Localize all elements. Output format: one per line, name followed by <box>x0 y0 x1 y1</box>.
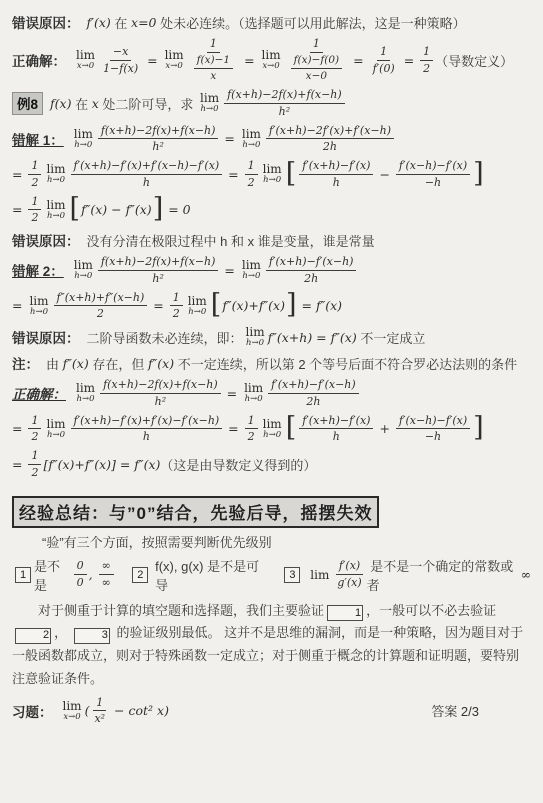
numbered-box: 2 <box>15 628 51 644</box>
fraction: 1x² <box>91 696 108 727</box>
correct-solution-1: 正确解：limx→0−x1−f(x) = limx→01f(x)−1x = li… <box>12 37 531 83</box>
cjk-text: 没有分清在极限过程中 h 和 x 谁是变量，谁是常量 <box>87 231 375 250</box>
numerator: f″(x+h)+f″(x−h) <box>57 291 145 305</box>
fraction: f′(x+h)−f′(x)+f′(x−h)−f′(x)h <box>71 159 223 190</box>
math-text: [f″(x)+f″(x)] = f″(x) <box>43 457 160 472</box>
big-bracket: [ <box>286 417 297 440</box>
denominator: x² <box>94 712 105 726</box>
numerator: f(x)−1 <box>197 54 230 67</box>
big-bracket: ] <box>286 294 297 317</box>
numerator: f′(x+h)−f′(x) <box>302 414 370 428</box>
fraction: f′(x)g′(x) <box>334 559 364 590</box>
limit-operator: limh→0 <box>29 295 48 317</box>
numerator: ∞ <box>102 559 111 573</box>
numerator: 1 <box>423 45 430 59</box>
numerator: f′(x+h)−f′(x)+f′(x)−f′(x−h) <box>74 414 220 428</box>
denominator: 2 <box>248 430 255 444</box>
denominator: h² <box>155 395 167 409</box>
fraction: ∞∞ <box>99 559 114 590</box>
cjk-text: 在 <box>71 94 91 113</box>
fraction: f(x+h)−2f(x)+f(x−h)h² <box>224 88 345 119</box>
denominator: h <box>333 430 340 444</box>
cjk-text: 经验总结：与”0”结合，先验后导，摇摆失效 <box>12 496 379 528</box>
denominator: 2 <box>31 430 38 444</box>
error-reason-2: 错误原因：没有分清在极限过程中 h 和 x 谁是变量，谁是常量 <box>12 230 531 250</box>
denominator: 2h <box>306 395 320 409</box>
cjk-text: （导数定义） <box>435 51 513 70</box>
cjk-text: 由 <box>46 354 63 373</box>
correct-solution-2-step2: = 12limh→0f′(x+h)−f′(x)+f′(x)−f′(x−h)h =… <box>12 414 531 445</box>
denominator: 2 <box>31 466 38 480</box>
fraction: f′(x−h)−f′(x)−h <box>396 159 470 190</box>
math-text: = <box>12 298 26 313</box>
denominator: 1−f(x) <box>103 62 138 76</box>
math-text: = <box>143 53 161 68</box>
cjk-text: 处未必连续。（选择题可以用此解法，这是一种策略） <box>157 13 466 32</box>
limit-operator: limx→0 <box>63 700 82 722</box>
error-reason-3: 错误原因：二阶导函数未必连续，即：limh→0f″(x+h) = f″(x) 不… <box>12 326 531 348</box>
fraction: 12 <box>28 414 41 445</box>
math-text: ( <box>85 703 90 718</box>
wrong-solution-1: 错解 1：limh→0f(x+h)−2f(x)+f(x−h)h² = limh→… <box>12 124 531 155</box>
fraction: f″(x+h)+f″(x−h)2 <box>54 291 148 322</box>
big-bracket: [ <box>286 163 297 186</box>
denominator: −h <box>425 430 441 444</box>
cjk-text: 处二阶可导，求 <box>99 94 197 113</box>
fraction: f(x+h)−2f(x)+f(x−h)h² <box>98 124 219 155</box>
numerator: 1 <box>313 37 320 51</box>
denominator: ∞ <box>102 576 111 590</box>
denominator: 2 <box>248 176 255 190</box>
math-text: f″(x) − f″(x) <box>81 202 152 217</box>
denominator: 2h <box>323 140 337 154</box>
fraction: f′(x+h)−f′(x−h)2h <box>268 378 359 409</box>
numerator: f′(x+h)−f′(x) <box>302 159 370 173</box>
line-label: 注： <box>12 353 39 373</box>
numbered-box: 3 <box>284 567 300 583</box>
limit-operator: limh→0 <box>263 163 282 185</box>
denominator: −h <box>425 176 441 190</box>
summary-heading: 经验总结：与”0”结合，先验后导，摇摆失效 <box>12 496 531 528</box>
math-text: ∞ <box>521 567 531 582</box>
numerator: f′(x+h)−f′(x−h) <box>269 255 354 269</box>
fraction: f(x+h)−2f(x)+f(x−h)h² <box>100 378 221 409</box>
math-text: = <box>349 53 367 68</box>
numerator: f(x+h)−2f(x)+f(x−h) <box>101 124 216 138</box>
denominator: f′(0) <box>373 62 395 76</box>
line-label: 错误原因： <box>12 230 80 250</box>
math-text: = <box>400 53 418 68</box>
limit-operator: limh→0 <box>200 92 219 114</box>
numerator: 1 <box>173 291 180 305</box>
numerator: 0 <box>77 559 84 573</box>
fraction: f(x+h)−2f(x)+f(x−h)h² <box>98 255 219 286</box>
math-text: f″(x)+f″(x) <box>222 298 285 313</box>
big-bracket: [ <box>211 294 222 317</box>
denominator: x <box>210 70 216 83</box>
fraction: 00 <box>74 559 87 590</box>
denominator: 2 <box>423 62 430 76</box>
numerator: 1 <box>31 449 38 463</box>
document-page: 错误原因：f′(x) 在 x=0 处未必连续。（选择题可以用此解法，这是一种策略… <box>0 0 543 735</box>
numerator: 1 <box>31 195 38 209</box>
example-8: 例8f(x) 在 x 处二阶可导，求 limh→0f(x+h)−2f(x)+f(… <box>12 88 531 119</box>
math-text: x=0 <box>131 15 156 30</box>
fraction: 12 <box>170 291 183 322</box>
big-bracket: ] <box>153 198 164 221</box>
math-text: f′(x) <box>87 15 111 30</box>
fraction: 12 <box>28 195 41 226</box>
denominator: h <box>333 176 340 190</box>
fraction: f′(x+h)−f′(x−h)2h <box>266 255 357 286</box>
denominator: 2h <box>304 272 318 286</box>
cjk-text: 在 <box>111 13 131 32</box>
cjk-text: f(x), g(x) 是不是可导 <box>155 556 268 594</box>
correct-solution-2-step3: = 12[f″(x)+f″(x)] = f″(x)（这是由导数定义得到的） <box>12 449 531 480</box>
numerator: f(x+h)−2f(x)+f(x−h) <box>103 378 218 392</box>
cjk-text: 是不是 <box>34 556 72 594</box>
line-label: 例8 <box>12 92 43 115</box>
fraction: f′(x+h)−2f′(x)+f′(x−h)2h <box>266 124 394 155</box>
limit-operator: limh→0 <box>46 163 65 185</box>
denominator: 2 <box>173 307 180 321</box>
math-text: = <box>224 167 242 182</box>
numerator: f′(x−h)−f′(x) <box>399 414 467 428</box>
cjk-text: 二阶导函数未必连续，即： <box>87 328 243 347</box>
numerator: 1 <box>210 37 217 51</box>
math-text: = <box>12 167 26 182</box>
spacer <box>303 574 307 575</box>
fraction: 12 <box>28 159 41 190</box>
fraction: f′(x+h)−f′(x)h <box>299 159 373 190</box>
fraction: 12 <box>420 45 433 76</box>
big-bracket: ] <box>473 163 484 186</box>
math-text: − cot² x) <box>110 703 169 718</box>
math-text: = <box>240 53 258 68</box>
numerator: f′(x+h)−2f′(x)+f′(x−h) <box>269 124 391 138</box>
cjk-text: （这是由导数定义得到的） <box>160 455 316 474</box>
denominator: h <box>143 430 150 444</box>
denominator: g′(x) <box>337 576 361 590</box>
numerator: f′(x) <box>339 559 360 573</box>
line-label: 正确解： <box>12 50 66 70</box>
cjk-text: ，一般可以不必去验证 <box>366 603 496 618</box>
denominator: h <box>143 176 150 190</box>
check-items: 1是不是00, ∞∞2f(x), g(x) 是不是可导3limf′(x)g′(x… <box>12 556 531 594</box>
line-label: 错解 2： <box>12 260 64 280</box>
numerator: f(x+h)−2f(x)+f(x−h) <box>227 88 342 102</box>
numerator: f′(x+h)−f′(x−h) <box>271 378 356 392</box>
cjk-text: 对于侧重于计算的填空题和选择题，我们主要验证 <box>38 603 324 618</box>
numerator: 1 <box>248 159 255 173</box>
denominator: 0 <box>77 576 84 590</box>
numerator: f′(x+h)−f′(x)+f′(x−h)−f′(x) <box>74 159 220 173</box>
math-text: − <box>375 167 393 182</box>
fraction: 12 <box>245 159 258 190</box>
limit-operator: limx→0 <box>165 49 184 71</box>
math-text: f″(x) <box>63 356 89 371</box>
denominator: h² <box>152 272 164 286</box>
fraction: f(x)−f(0)x−0 <box>291 54 343 83</box>
numerator: f′(x−h)−f′(x) <box>399 159 467 173</box>
wrong-solution-1-step2: = 12limh→0f′(x+h)−f′(x)+f′(x−h)−f′(x)h =… <box>12 159 531 190</box>
fraction: 1f(x)−1x <box>189 37 238 83</box>
math-text: = <box>223 386 241 401</box>
cjk-text: 不一定成立 <box>357 328 426 347</box>
spacer <box>116 574 130 575</box>
numerator: f(x)−f(0) <box>294 54 340 67</box>
math-text: = 0 <box>164 202 190 217</box>
numerator: 1 <box>248 414 255 428</box>
line-label: 错误原因： <box>12 12 80 32</box>
limit-operator: limx→0 <box>76 49 95 71</box>
wrong-solution-2-step2: = limh→0f″(x+h)+f″(x−h)2 = 12limh→0[f″(x… <box>12 291 531 322</box>
fraction: 1f′(0) <box>370 45 398 76</box>
fraction: 12 <box>245 414 258 445</box>
exercise-line: 习题：limx→0(1x² − cot² x)答案 2/3 <box>12 696 531 727</box>
cjk-text: 是不是一个确定的常数或者 <box>367 556 521 594</box>
math-text: = <box>220 131 238 146</box>
numbered-box: 2 <box>132 567 148 583</box>
denominator: h² <box>279 105 291 119</box>
denominator: x−0 <box>306 70 327 83</box>
correct-solution-2: 正确解：limh→0f(x+h)−2f(x)+f(x−h)h² = limh→0… <box>12 378 531 409</box>
limit-operator: limh→0 <box>244 382 263 404</box>
math-text: = <box>12 457 26 472</box>
denominator: h² <box>152 140 164 154</box>
spacer <box>268 574 282 575</box>
big-bracket: ] <box>473 417 484 440</box>
numbered-box: 1 <box>327 605 363 621</box>
line-label: 习题： <box>12 701 53 721</box>
math-text: = <box>12 202 26 217</box>
fraction: f(x)−1x <box>194 54 233 83</box>
limit-operator: limh→0 <box>242 259 261 281</box>
limit-operator: limh→0 <box>46 418 65 440</box>
math-text: f(x) <box>50 96 71 111</box>
strategy-paragraph: 对于侧重于计算的填空题和选择题，我们主要验证1，一般可以不必去验证2， 3 的验… <box>12 600 531 691</box>
math-text: x <box>92 96 99 111</box>
math-text: = f″(x) <box>298 298 343 313</box>
numerator: −x <box>113 45 128 59</box>
cjk-text: 存在，但 <box>89 354 148 373</box>
numbered-box: 1 <box>15 567 31 583</box>
math-text: , <box>89 567 97 582</box>
limit-operator: lim <box>310 569 329 581</box>
denominator: 2 <box>31 211 38 225</box>
numerator: 1 <box>31 414 38 428</box>
note-line: 注：由 f″(x) 存在，但 f″(x) 不一定连续，所以第 2 个等号后面不符… <box>12 353 531 373</box>
math-text: + <box>375 421 393 436</box>
numerator: f(x+h)−2f(x)+f(x−h) <box>101 255 216 269</box>
error-reason-1: 错误原因：f′(x) 在 x=0 处未必连续。（选择题可以用此解法，这是一种策略… <box>12 12 531 32</box>
document-lines: 错误原因：f′(x) 在 x=0 处未必连续。（选择题可以用此解法，这是一种策略… <box>12 12 531 726</box>
limit-operator: limx→0 <box>262 49 281 71</box>
numerator: 1 <box>380 45 387 59</box>
numbered-box: 3 <box>74 628 110 644</box>
math-text: = <box>149 298 167 313</box>
limit-operator: limh→0 <box>242 128 261 150</box>
fraction: 1f(x)−f(0)x−0 <box>286 37 348 83</box>
answer-reference: 答案 2/3 <box>431 701 479 720</box>
limit-operator: limh→0 <box>263 418 282 440</box>
summary-subtext: “验”有三个方面，按照需要判断优先级别 <box>12 532 531 551</box>
line-label: 错解 1： <box>12 129 64 149</box>
line-label: 正确解： <box>12 383 66 403</box>
math-text: = <box>12 421 26 436</box>
fraction: f′(x+h)−f′(x)+f′(x)−f′(x−h)h <box>71 414 223 445</box>
cjk-text: 不一定连续，所以第 2 个等号后面不符合罗必达法则的条件 <box>174 354 517 373</box>
limit-operator: limh→0 <box>46 199 65 221</box>
math-text: = <box>220 263 238 278</box>
math-text: = <box>224 421 242 436</box>
fraction: −x1−f(x) <box>100 45 141 76</box>
limit-operator: limh→0 <box>74 128 93 150</box>
math-text: f″(x+h) = f″(x) <box>268 330 357 345</box>
limit-operator: limh→0 <box>246 326 265 348</box>
limit-operator: limh→0 <box>188 295 207 317</box>
cjk-text: “验”有三个方面，按照需要判断优先级别 <box>42 532 272 551</box>
denominator: 2 <box>31 176 38 190</box>
fraction: 12 <box>28 449 41 480</box>
limit-operator: limh→0 <box>76 382 95 404</box>
limit-operator: limh→0 <box>74 259 93 281</box>
wrong-solution-1-step3: = 12limh→0[f″(x) − f″(x)] = 0 <box>12 195 531 226</box>
line-label: 错误原因： <box>12 327 80 347</box>
numerator: 1 <box>96 696 103 710</box>
math-text: f″(x) <box>148 356 174 371</box>
fraction: f′(x+h)−f′(x)h <box>299 414 373 445</box>
cjk-text: ， <box>54 625 71 640</box>
wrong-solution-2: 错解 2：limh→0f(x+h)−2f(x)+f(x−h)h² = limh→… <box>12 255 531 286</box>
big-bracket: [ <box>70 198 81 221</box>
numerator: 1 <box>31 159 38 173</box>
denominator: 2 <box>97 307 104 321</box>
fraction: f′(x−h)−f′(x)−h <box>396 414 470 445</box>
